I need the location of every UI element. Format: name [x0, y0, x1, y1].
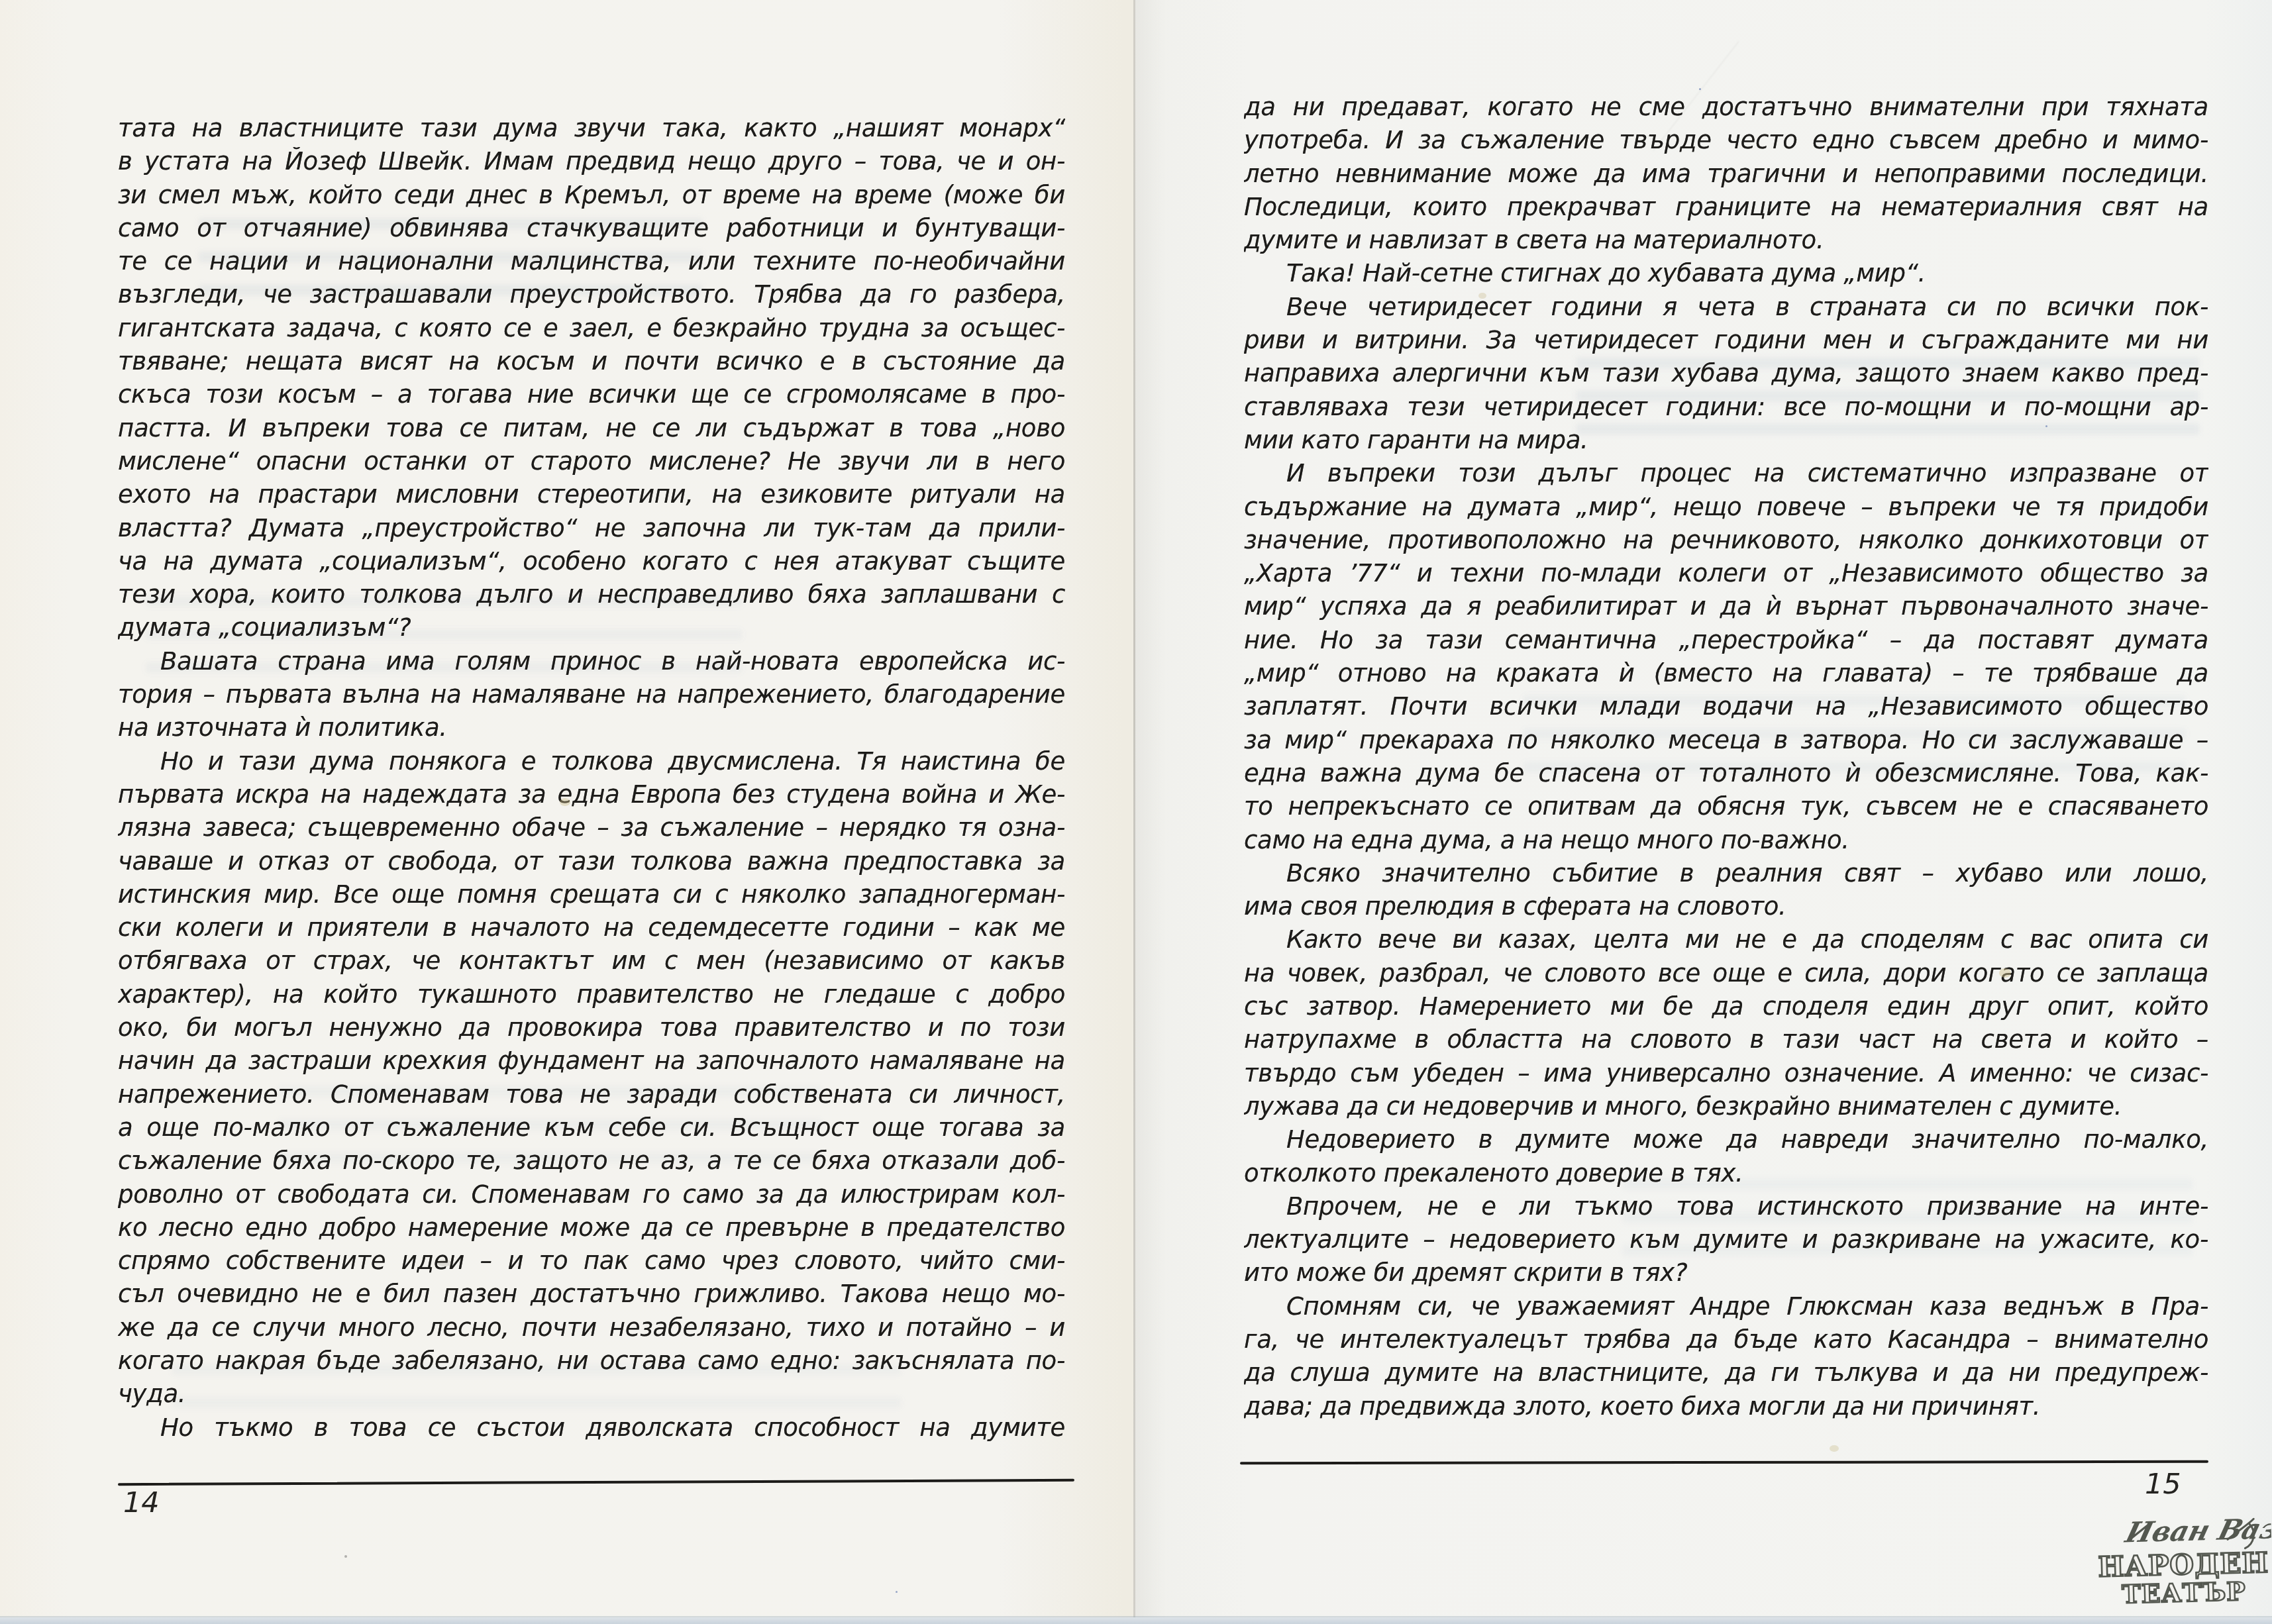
text-line: пастта. И въпреки това се питам, не се л… — [118, 414, 1065, 447]
text-line: га, че интелектуалецът трябва да бъде ка… — [1244, 1325, 2208, 1358]
gutter-shadow — [1135, 0, 1166, 1624]
text-line: отколкото прекаленото доверие в тях. — [1244, 1159, 2208, 1192]
text-line: скъса този косъм – а тогава ние всички щ… — [118, 380, 1065, 413]
text-line: ко лесно едно добро намерение може да се… — [118, 1213, 1065, 1246]
text-line: зи смел мъж, който седи днес в Кремъл, о… — [118, 181, 1065, 214]
text-line: И въпреки този дълъг процес на системати… — [1244, 459, 2208, 492]
text-line: начин да застраши крехкия фундамент на з… — [118, 1046, 1065, 1080]
text-line: отбягваха от страх, че контактът им с ме… — [118, 946, 1065, 980]
text-line: мии като гаранти на мира. — [1244, 426, 2208, 459]
text-line: Впрочем, не е ли тъкмо това истинското п… — [1244, 1192, 2208, 1225]
text-line: само от отчаяние) обвинява стачкуващите … — [118, 214, 1065, 247]
paper-speck — [437, 1260, 452, 1266]
text-line: ехото на прастари мисловни стереотипи, н… — [118, 480, 1065, 513]
text-line: Последици, които прекрачват границите на… — [1244, 193, 2208, 226]
text-line: тези хора, които толкова дълго и несправ… — [118, 580, 1065, 613]
text-line: чаваше и отказ от свобода, от тази толко… — [118, 847, 1065, 880]
left-text-column: тата на властниците тази дума звучи така… — [118, 114, 1065, 1446]
text-line: лязна завеса; същевременно обаче – за съ… — [118, 813, 1065, 846]
text-line: ито може би дремят скрити в тях? — [1244, 1258, 2208, 1292]
left-page-number: 14 — [123, 1486, 160, 1519]
text-line: те се нации и национални малцинства, или… — [118, 247, 1065, 280]
text-line: напрежението. Споменавам това не заради … — [118, 1080, 1065, 1113]
paper-speck — [1830, 1445, 1839, 1452]
paper-speck — [1699, 88, 1701, 90]
text-line: в устата на Йозеф Швейк. Имам предвид не… — [118, 147, 1065, 180]
stamp-graphic: Иван Вазов НАРОДЕН ТЕАТЪР — [2097, 1509, 2272, 1620]
text-line: тория – първата вълна на намаляване на н… — [118, 680, 1065, 713]
text-line: риви и витрини. За четиридесет години ме… — [1244, 326, 2208, 359]
text-line: да ни предават, когато не сме достатъчно… — [1244, 93, 2208, 126]
text-line: лужава да си недоверчив и много, безкрай… — [1244, 1092, 2208, 1125]
text-line: спрямо собствените идеи – и то пак само … — [118, 1246, 1065, 1280]
text-line: когато накрая бъде забелязано, ни остава… — [118, 1346, 1065, 1380]
paper-speck — [1478, 293, 1486, 299]
text-line: направиха алергични към тази хубава дума… — [1244, 359, 2208, 392]
text-line: то непрекъснато се опитвам да обясня тук… — [1244, 792, 2208, 825]
text-line: употреба. И за съжаление твърде често ед… — [1244, 126, 2208, 159]
text-line: ча на думата „социализъм“, особено когат… — [118, 547, 1065, 580]
scanner-bed-strip — [0, 1617, 2272, 1624]
text-line: роволно от свободата си. Споменавам го с… — [118, 1180, 1065, 1213]
right-text-column: да ни предават, когато не сме достатъчно… — [1244, 93, 2208, 1425]
text-line: ние. Но за тази семантична „перестройка“… — [1244, 626, 2208, 659]
text-line: Вашата страна има голям принос в най-нов… — [118, 647, 1065, 680]
text-line: съл очевидно не е бил пазен достатъчно г… — [118, 1280, 1065, 1313]
text-line: лектуалците – недоверието към думите и р… — [1244, 1225, 2208, 1258]
stamp-signature-text: Иван Вазов — [2121, 1511, 2272, 1549]
stamp-name-line2: ТЕАТЪР — [2122, 1576, 2247, 1609]
paper-speck — [285, 260, 287, 262]
text-line: тата на властниците тази дума звучи така… — [118, 114, 1065, 147]
text-line: „мир“ отново на краката ѝ (вместо на гла… — [1244, 659, 2208, 692]
text-line: само на една дума, а на нещо много по-ва… — [1244, 826, 2208, 859]
text-line: летно невнимание може да има трагични и … — [1244, 160, 2208, 193]
text-line: Недоверието в думите може да навреди зна… — [1244, 1125, 2208, 1158]
text-line: твърдо съм убеден – има универсално озна… — [1244, 1059, 2208, 1092]
text-line: възгледи, че застрашавали преустройствот… — [118, 280, 1065, 313]
paper-speck — [344, 1555, 347, 1558]
text-line: Така! Най-сетне стигнах до хубавата дума… — [1244, 259, 2208, 292]
text-line: же да се случи много лесно, почти незабе… — [118, 1313, 1065, 1346]
text-line: първата искра на надеждата за една Европ… — [118, 780, 1065, 813]
text-line: ставляваха тези четиридесет години: все … — [1244, 393, 2208, 426]
text-line: със затвор. Намерението ми бе да споделя… — [1244, 992, 2208, 1025]
text-line: заплатят. Почти всички млади водачи на „… — [1244, 692, 2208, 725]
text-line: Вече четиридесет години я чета в странат… — [1244, 293, 2208, 326]
text-line: характер), на който тукашното правителст… — [118, 980, 1065, 1013]
text-line: съдържание на думата „мир“, нещо повече … — [1244, 493, 2208, 526]
national-theatre-stamp: Иван Вазов НАРОДЕН ТЕАТЪР — [2097, 1509, 2272, 1620]
text-line: има своя прелюдия в сферата на словото. — [1244, 892, 2208, 925]
book-scan: тата на властниците тази дума звучи така… — [0, 0, 2272, 1624]
text-line: истинския мир. Все още помня срещата си … — [118, 880, 1065, 913]
text-line: Както вече ви казах, целта ми не е да сп… — [1244, 925, 2208, 958]
text-line: дава; да предвижда злото, което биха мог… — [1244, 1392, 2208, 1425]
text-line: Но тъкмо в това се състои дяволската спо… — [118, 1413, 1065, 1446]
text-line: твяване; нещата висят на косъм и почти в… — [118, 347, 1065, 380]
text-line: на човек, разбрал, че словото все още е … — [1244, 959, 2208, 992]
paper-speck — [2045, 425, 2047, 427]
text-line: Но и тази дума понякога е толкова двусми… — [118, 747, 1065, 780]
text-line: мислене“ опасни останки от старото мисле… — [118, 447, 1065, 480]
text-line: натрупахме в областта на словото в тази … — [1244, 1025, 2208, 1058]
text-line: властта? Думата „преустройство“ не започ… — [118, 514, 1065, 547]
text-line: „Харта ’77“ и техни по-млади колеги от „… — [1244, 559, 2208, 592]
text-line: Всяко значително събитие в реалния свят … — [1244, 859, 2208, 892]
text-line: ски колеги и приятели в началото на седе… — [118, 913, 1065, 946]
text-line: око, би могъл ненужно да провокира това … — [118, 1013, 1065, 1046]
text-line: мир“ успяха да я реабилитират и да ѝ вър… — [1244, 592, 2208, 625]
paper-speck — [560, 798, 570, 806]
text-line: съжаление бяха по-скоро те, защото не аз… — [118, 1146, 1065, 1180]
paper-speck — [896, 1591, 898, 1593]
paper-speck — [1999, 968, 2011, 978]
right-page-number: 15 — [2145, 1468, 2181, 1501]
text-line: значение, противоположно на речниковото,… — [1244, 526, 2208, 559]
text-line: думата „социализъм“? — [118, 613, 1065, 646]
text-line: на източната ѝ политика. — [118, 713, 1065, 746]
text-line: да слуша думите на властниците, да ги тъ… — [1244, 1358, 2208, 1392]
text-line: чуда. — [118, 1380, 1065, 1413]
text-line: думите и навлизат в света на материалнот… — [1244, 226, 2208, 259]
text-line: а още по-малко от съжаление към себе си.… — [118, 1113, 1065, 1146]
text-line: една важна дума бе спасена от тоталното … — [1244, 759, 2208, 792]
text-line: гигантската задача, с която се е заел, е… — [118, 314, 1065, 347]
text-line: за мир“ прекараха по няколко месеца в за… — [1244, 726, 2208, 759]
text-line: Спомням си, че уважаемият Андре Глюксман… — [1244, 1292, 2208, 1325]
